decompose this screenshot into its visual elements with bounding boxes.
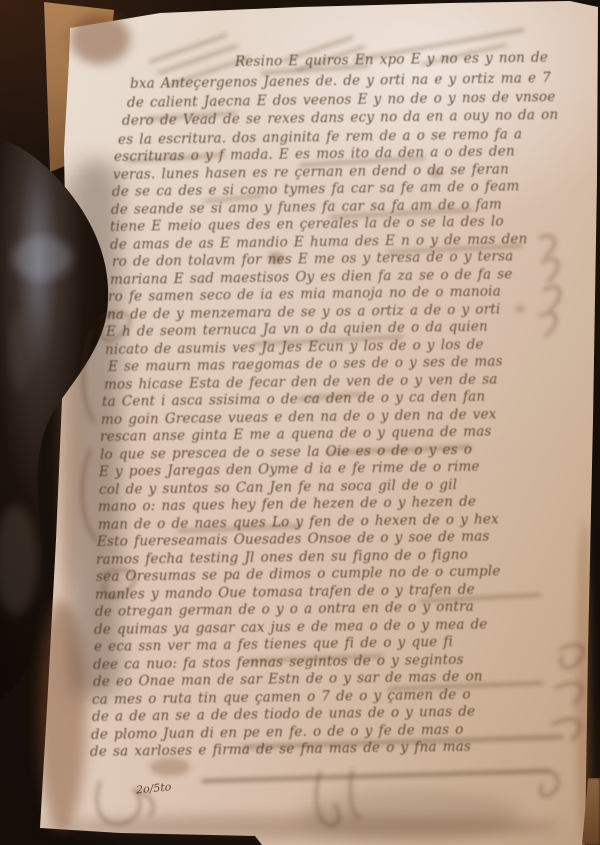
leather-highlight bbox=[12, 236, 72, 280]
leather-highlight bbox=[8, 310, 32, 390]
photo-canvas: Resino E quiros En xpo E y no es y non d… bbox=[0, 0, 600, 845]
folio-notation: 2o/5to bbox=[136, 781, 172, 795]
